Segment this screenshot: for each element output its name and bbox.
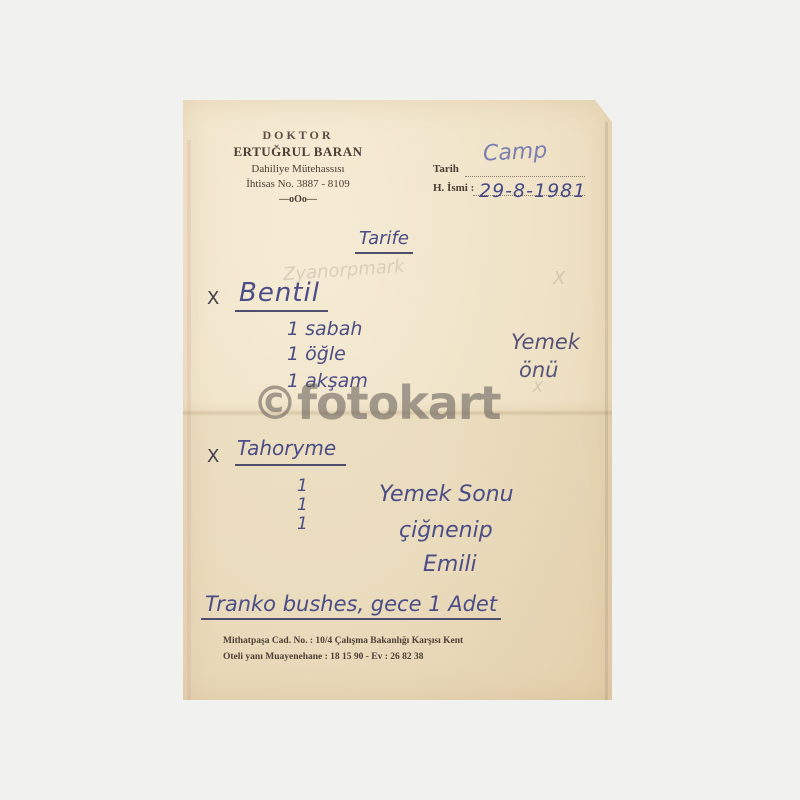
dose-line: 1 [297, 495, 308, 515]
x-mark-icon: X [207, 446, 219, 467]
patient-name-label: H. İsmi : [433, 182, 474, 194]
ghost-x-mark: X [533, 380, 543, 396]
letterhead-ornament: —oOo— [223, 194, 373, 205]
dose-note: çiğnenip [399, 518, 493, 543]
prescription-title: Tarife [355, 228, 413, 254]
dose-note: Yemek [511, 330, 580, 354]
dose-note: Emili [423, 552, 477, 577]
dose-line: 1 sabah [287, 318, 362, 340]
letterhead-specialty: Dahiliye Mütehassısı [213, 163, 383, 175]
prescription-line: Tranko bushes, gece 1 Adet [201, 592, 501, 620]
watermark-text: ©fotokart [252, 376, 501, 430]
ghost-x-mark: X [553, 268, 565, 289]
dose-note: Yemek Sonu [379, 482, 514, 507]
footer-address: Mithatpaşa Cad. No. : 10/4 Çalışma Bakan… [223, 636, 463, 646]
letterhead-registration: İhtisas No. 3887 - 8109 [208, 178, 388, 190]
letterhead-doctor-name: ERTUĞRUL BARAN [213, 144, 383, 160]
dose-line: 1 öğle [287, 343, 346, 365]
date-dotted-line [465, 176, 585, 177]
medication-heading: Bentil [235, 278, 328, 312]
handwritten-name-field: 29-8-1981 [479, 180, 586, 202]
footer-phone: Oteli yanı Muayenehane : 18 15 90 - Ev :… [223, 652, 424, 662]
dose-line: 1 [297, 514, 308, 534]
medication-heading: Tahoryme [235, 436, 346, 466]
handwritten-date-field: Camp [482, 138, 547, 166]
letterhead-title: DOKTOR [223, 128, 373, 143]
x-mark-icon: X [207, 288, 219, 309]
paper-edge-left [187, 140, 191, 700]
dose-note: önü [519, 358, 558, 382]
date-label: Tarih [433, 163, 459, 175]
dose-line: 1 [297, 476, 308, 496]
